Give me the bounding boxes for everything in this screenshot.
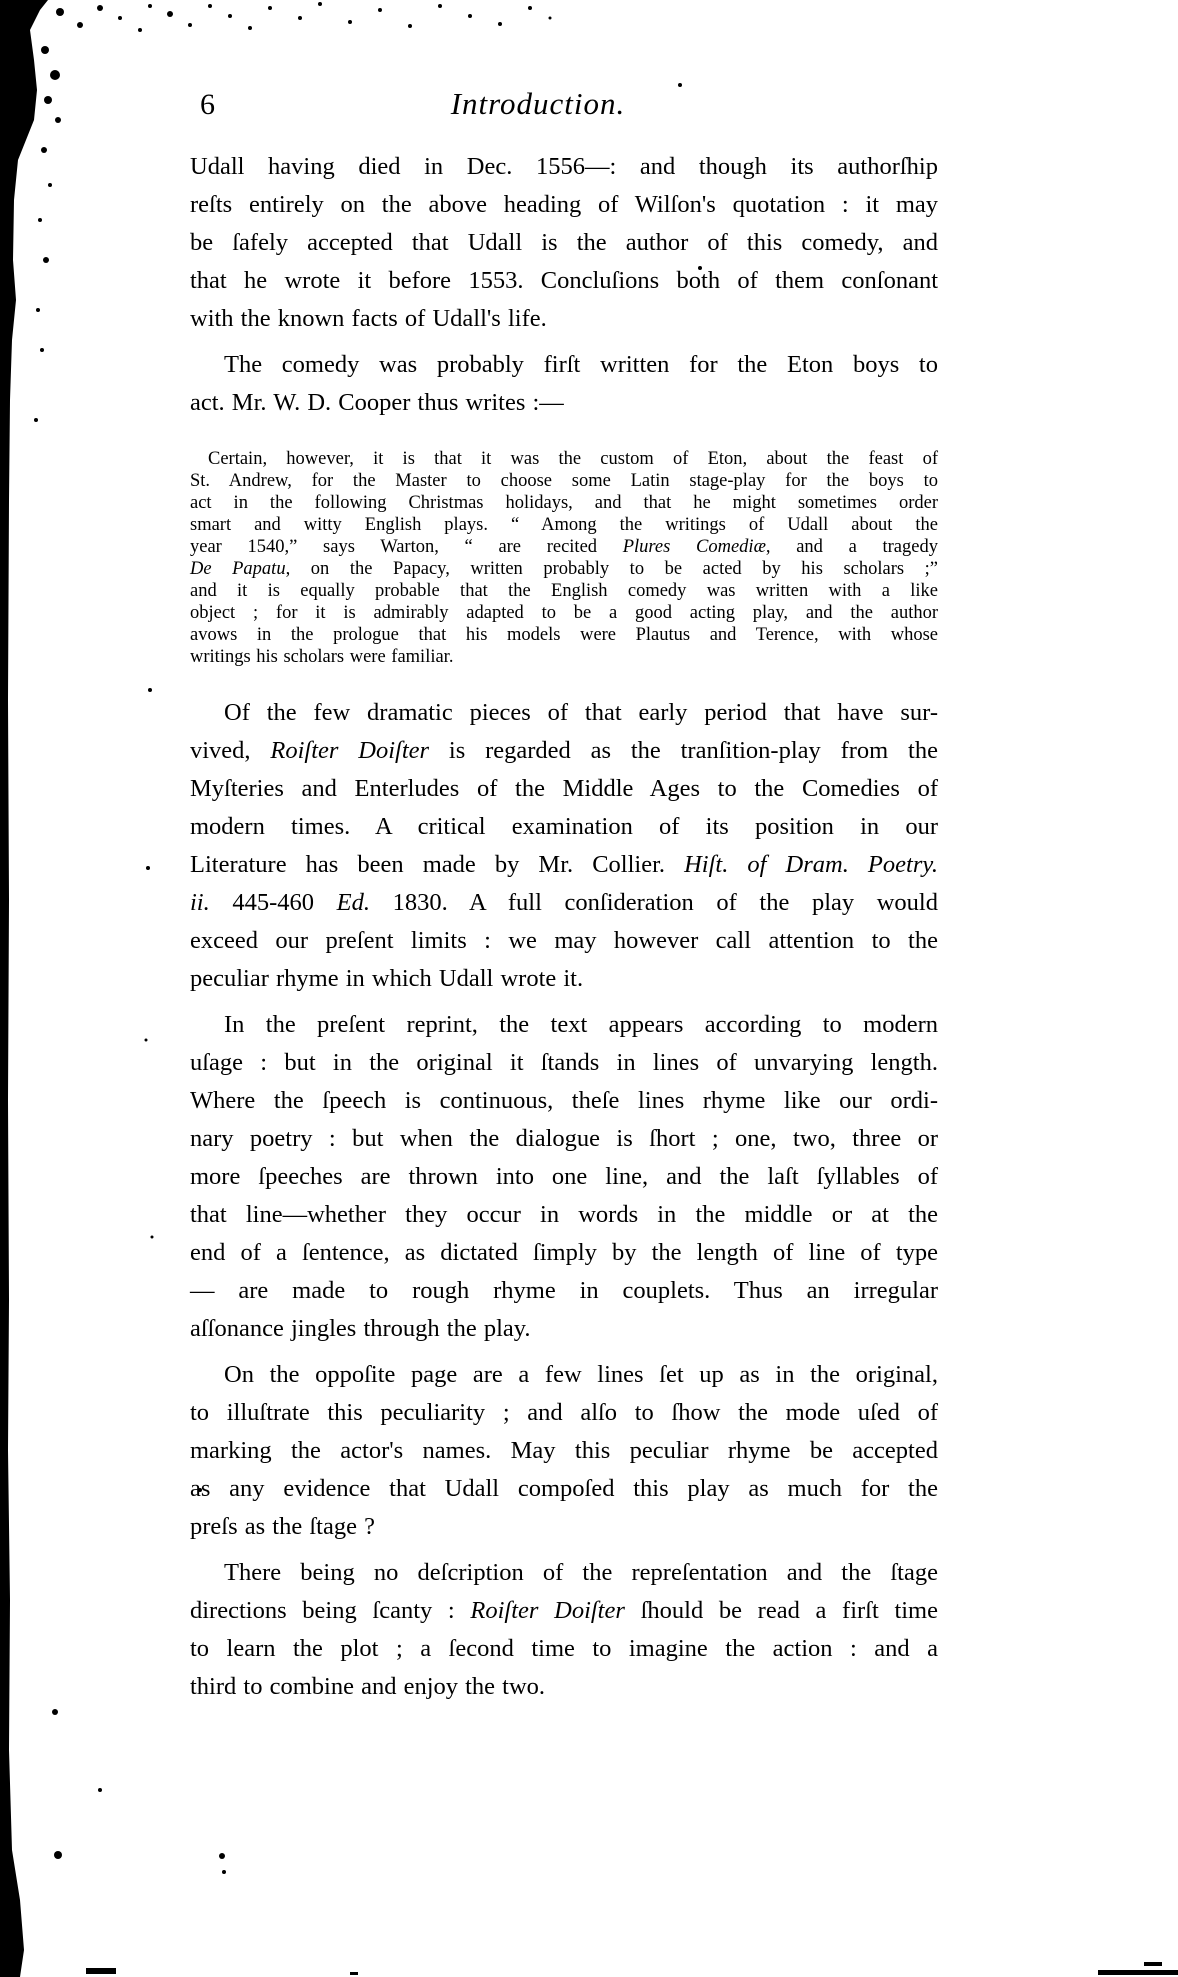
text-segment: end of a ſentence, as dictated ſimply by… [190, 1239, 938, 1266]
text-segment: Literature has been made by Mr. Collier. [190, 851, 684, 878]
text-segment: that he wrote it before 1553. Concluſion… [190, 267, 938, 294]
text-segment: as any evidence that Udall compoſed this… [190, 1475, 938, 1502]
text-line: Certain, however, it is that it was the … [190, 448, 938, 470]
text-line: uſage : but in the original it ſtands in… [190, 1044, 938, 1082]
paragraph: On the oppoſite page are a few lines ſet… [190, 1356, 938, 1546]
text-line: ii. 445-460 Ed. 1830. A full conſiderati… [190, 884, 938, 922]
text-line: act. Mr. W. D. Cooper thus writes :— [190, 384, 938, 422]
text-line: peculiar rhyme in which Udall wrote it. [190, 960, 938, 998]
text-segment: writings his scholars were familiar. [190, 647, 453, 667]
scanned-page: 6 Introduction. Udall having died in Dec… [0, 0, 1178, 1977]
paragraph: There being no deſcription of the repreſ… [190, 1554, 938, 1706]
text-line: reſts entirely on the above heading of W… [190, 186, 938, 224]
text-segment: ſhould be read a firſt time [625, 1597, 938, 1624]
text-line: that line—whether they occur in words in… [190, 1196, 938, 1234]
text-line: writings his scholars were familiar. [190, 646, 938, 668]
text-line: exceed our preſent limits : we may howev… [190, 922, 938, 960]
text-line: Udall having died in Dec. 1556—: and tho… [190, 148, 938, 186]
text-line: with the known facts of Udall's life. [190, 300, 938, 338]
text-line: act in the following Christmas holidays,… [190, 492, 938, 514]
text-segment: year 1540,” says Warton, “ are recited [190, 537, 623, 557]
text-segment: 1830. A full conſideration of the play w… [370, 889, 938, 916]
text-segment: be ſafely accepted that Udall is the aut… [190, 229, 938, 256]
text-line: De Papatu, on the Papacy, written probab… [190, 558, 938, 580]
text-segment: to learn the plot ; a ſecond time to ima… [190, 1635, 938, 1662]
text-line: as any evidence that Udall compoſed this… [190, 1470, 938, 1508]
text-line: — are made to rough rhyme in couplets. T… [190, 1272, 938, 1310]
text-line: smart and witty English plays. “ Among t… [190, 514, 938, 536]
text-segment: On the oppoſite page are a few lines ſet… [224, 1361, 938, 1388]
paragraph: Of the few dramatic pieces of that early… [190, 694, 938, 998]
text-segment: Where the ſpeech is continuous, theſe li… [190, 1087, 938, 1114]
italic-text: Roiſter Doiſter [470, 1597, 625, 1624]
text-segment: marking the actor's names. May this pecu… [190, 1437, 938, 1464]
text-line: more ſpeeches are thrown into one line, … [190, 1158, 938, 1196]
text-segment: to illuſtrate this peculiarity ; and alſ… [190, 1399, 938, 1426]
text-line: third to combine and enjoy the two. [190, 1668, 938, 1706]
text-segment: act. Mr. W. D. Cooper thus writes :— [190, 389, 564, 416]
text-line: to illuſtrate this peculiarity ; and alſ… [190, 1394, 938, 1432]
text-line: Where the ſpeech is continuous, theſe li… [190, 1082, 938, 1120]
text-line: preſs as the ſtage ? [190, 1508, 938, 1546]
text-segment: Myſteries and Enterludes of the Middle A… [190, 775, 938, 802]
text-line: avows in the prologue that his models we… [190, 624, 938, 646]
text-segment: modern times. A critical examination of … [190, 813, 938, 840]
text-line: vived, Roiſter Doiſter is regarded as th… [190, 732, 938, 770]
text-segment: peculiar rhyme in which Udall wrote it. [190, 965, 583, 992]
text-line: The comedy was probably firſt written fo… [190, 346, 938, 384]
text-line: There being no deſcription of the repreſ… [190, 1554, 938, 1592]
italic-text: Ed. [337, 889, 370, 916]
text-segment: and it is equally probable that the Engl… [190, 581, 938, 601]
text-segment: The comedy was probably firſt written fo… [224, 351, 938, 378]
text-segment: is regarded as the tranſition-play from … [429, 737, 938, 764]
paragraph: In the preſent reprint, the text appears… [190, 1006, 938, 1348]
text-line: nary poetry : but when the dialogue is ſ… [190, 1120, 938, 1158]
text-block: 6 Introduction. Udall having died in Dec… [190, 86, 938, 1706]
text-segment: Of the few dramatic pieces of that early… [224, 699, 938, 726]
text-segment: nary poetry : but when the dialogue is ſ… [190, 1125, 938, 1152]
text-line: year 1540,” says Warton, “ are recited P… [190, 536, 938, 558]
text-line: marking the actor's names. May this pecu… [190, 1432, 938, 1470]
text-line: modern times. A critical examination of … [190, 808, 938, 846]
italic-text: ii. [190, 889, 210, 916]
text-segment: that line—whether they occur in words in… [190, 1201, 938, 1228]
text-segment: act in the following Christmas holidays,… [190, 493, 938, 513]
text-segment: , on the Papacy, written probably to be … [286, 559, 938, 579]
text-segment: vived, [190, 737, 270, 764]
text-segment: preſs as the ſtage ? [190, 1513, 375, 1540]
text-segment: Udall having died in Dec. 1556—: and tho… [190, 153, 938, 180]
text-line: In the preſent reprint, the text appears… [190, 1006, 938, 1044]
text-segment: with the known facts of Udall's life. [190, 305, 547, 332]
text-segment: avows in the prologue that his models we… [190, 625, 938, 645]
text-line: directions being ſcanty : Roiſter Doiſte… [190, 1592, 938, 1630]
text-line: aſſonance jingles through the play. [190, 1310, 938, 1348]
text-segment: uſage : but in the original it ſtands in… [190, 1049, 938, 1076]
text-segment: In the preſent reprint, the text appears… [224, 1011, 938, 1038]
text-segment: , and a tragedy [766, 537, 938, 557]
italic-text: Hiſt. of Dram. Poetry. [684, 851, 938, 878]
text-segment: 445-460 [210, 889, 337, 916]
italic-text: De Papatu [190, 559, 286, 579]
paragraph: Udall having died in Dec. 1556—: and tho… [190, 148, 938, 338]
text-segment: third to combine and enjoy the two. [190, 1673, 545, 1700]
text-line: and it is equally probable that the Engl… [190, 580, 938, 602]
text-line: Myſteries and Enterludes of the Middle A… [190, 770, 938, 808]
page-title: Introduction. [164, 86, 912, 122]
text-line: Of the few dramatic pieces of that early… [190, 694, 938, 732]
text-line: On the oppoſite page are a few lines ſet… [190, 1356, 938, 1394]
page-header: 6 Introduction. [190, 86, 938, 132]
page-body-text: Udall having died in Dec. 1556—: and tho… [190, 148, 938, 1706]
text-line: be ſafely accepted that Udall is the aut… [190, 224, 938, 262]
text-line: to learn the plot ; a ſecond time to ima… [190, 1630, 938, 1668]
text-segment: reſts entirely on the above heading of W… [190, 191, 938, 218]
text-segment: aſſonance jingles through the play. [190, 1315, 531, 1342]
text-line: Literature has been made by Mr. Collier.… [190, 846, 938, 884]
text-segment: smart and witty English plays. “ Among t… [190, 515, 938, 535]
text-segment: directions being ſcanty : [190, 1597, 470, 1624]
italic-text: Roiſter Doiſter [270, 737, 429, 764]
text-line: object ; for it is admirably adapted to … [190, 602, 938, 624]
text-segment: Certain, however, it is that it was the … [208, 449, 938, 469]
italic-text: Plures Comediæ [623, 537, 766, 557]
binding-shadow-band [0, 0, 48, 1977]
text-segment: object ; for it is admirably adapted to … [190, 603, 938, 623]
text-segment: exceed our preſent limits : we may howev… [190, 927, 938, 954]
text-segment: more ſpeeches are thrown into one line, … [190, 1163, 938, 1190]
quote-block: Certain, however, it is that it was the … [190, 448, 938, 668]
text-line: that he wrote it before 1553. Concluſion… [190, 262, 938, 300]
text-line: St. Andrew, for the Master to choose som… [190, 470, 938, 492]
text-segment: There being no deſcription of the repreſ… [224, 1559, 938, 1586]
text-segment: — are made to rough rhyme in couplets. T… [190, 1277, 938, 1304]
text-line: end of a ſentence, as dictated ſimply by… [190, 1234, 938, 1272]
text-segment: St. Andrew, for the Master to choose som… [190, 471, 938, 491]
paragraph: The comedy was probably firſt written fo… [190, 346, 938, 422]
